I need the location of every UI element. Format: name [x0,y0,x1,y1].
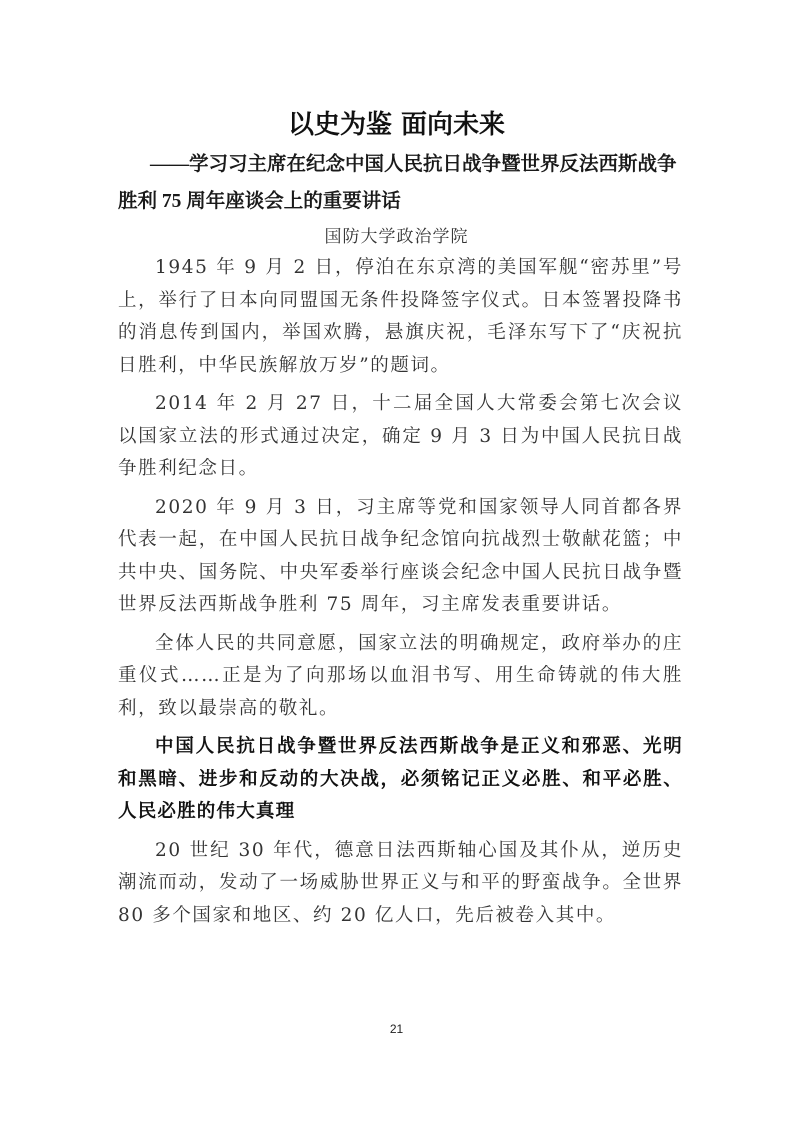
author: 国防大学政治学院 [0,222,793,247]
article-body: 1945 年 9 月 2 日，停泊在东京湾的美国军舰“密苏里”号上，举行了日本向… [118,252,683,938]
subtitle-line-1: ——学习习主席在纪念中国人民抗日战争暨世界反法西斯战争 [150,148,677,176]
paragraph-tribute: 全体人民的共同意愿，国家立法的明确规定，政府举办的庄重仪式……正是为了向那场以血… [118,628,683,726]
page-number: 21 [0,1022,793,1036]
document-page: 以史为鉴 面向未来 ——学习习主席在纪念中国人民抗日战争暨世界反法西斯战争 胜利… [0,0,793,1122]
subtitle-line-2: 胜利 75 周年座谈会上的重要讲话 [118,185,401,213]
paragraph-surrender: 1945 年 9 月 2 日，停泊在东京湾的美国军舰“密苏里”号上，举行了日本向… [118,252,683,382]
paragraph-2020-ceremony: 2020 年 9 月 3 日，习主席等党和国家领导人同首都各界代表一起，在中国人… [118,492,683,622]
section-heading: 中国人民抗日战争暨世界反法西斯战争是正义和邪恶、光明和黑暗、进步和反动的大决战，… [118,731,683,829]
paragraph-legislation: 2014 年 2 月 27 日，十二届全国人大常委会第七次会议以国家立法的形式通… [118,388,683,486]
page-title: 以史为鉴 面向未来 [0,104,793,141]
paragraph-1930s: 20 世纪 30 年代，德意日法西斯轴心国及其仆从，逆历史潮流而动，发动了一场威… [118,835,683,933]
